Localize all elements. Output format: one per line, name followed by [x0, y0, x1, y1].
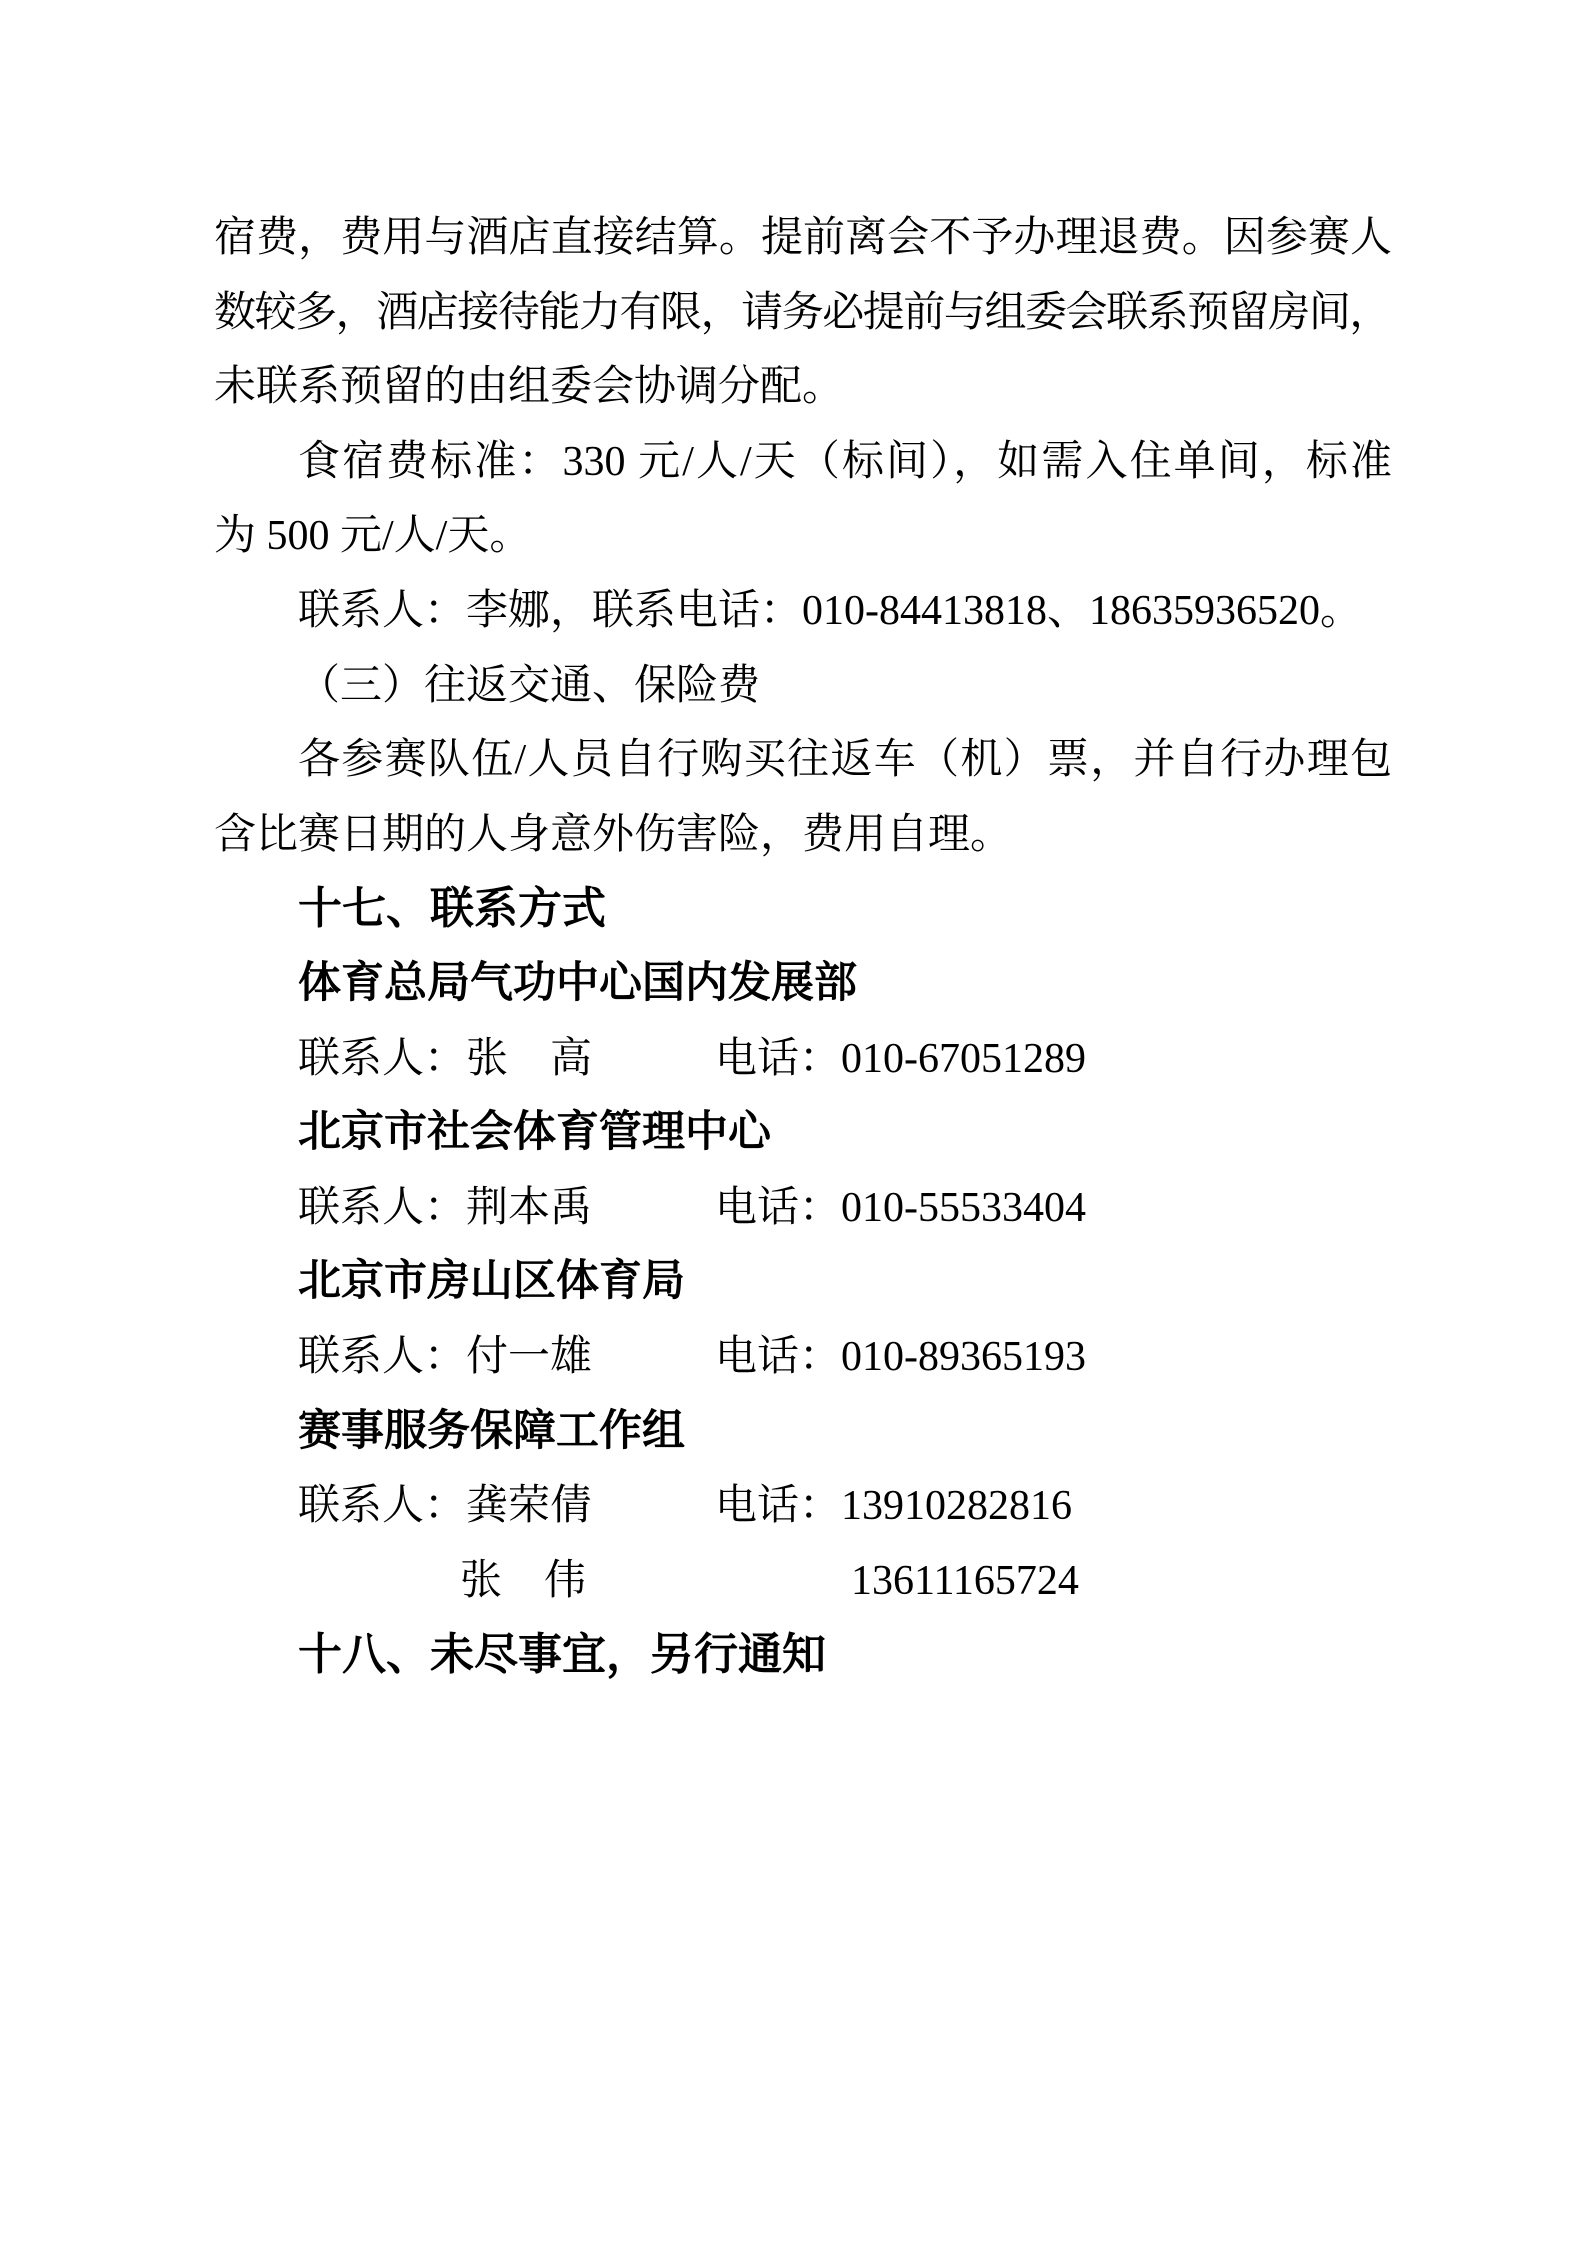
accommodation-paragraph-line-2: 数较多，酒店接待能力有限，请务必提前与组委会联系预留房间， — [214, 276, 1392, 351]
contact-phone-zhang-gao: 电话：010-67051289 — [715, 1022, 1086, 1097]
contact-phone-fu-yixiong: 电话：010-89365193 — [715, 1320, 1086, 1395]
contact-row-zhang-wei: 张 伟 13611165724 — [214, 1544, 1392, 1619]
fee-standard-line-1: 食宿费标准：330 元/人/天（标间），如需入住单间，标准 — [214, 425, 1392, 500]
contact-row-gong-rongqian: 联系人：龚荣倩 电话：13910282816 — [214, 1469, 1392, 1544]
contact-name-zhang-wei: 张 伟 — [460, 1544, 586, 1619]
contact-phone-zhang-wei: 13611165724 — [851, 1544, 1079, 1619]
org-qigong-center-dept: 体育总局气功中心国内发展部 — [214, 947, 1392, 1022]
section-18-heading: 十八、未尽事宜，另行通知 — [214, 1618, 1392, 1693]
contact-row-zhang-gao: 联系人：张 高 电话：010-67051289 — [214, 1022, 1392, 1097]
org-beijing-social-sports-center: 北京市社会体育管理中心 — [214, 1096, 1392, 1171]
contact-row-fu-yixiong: 联系人：付一雄 电话：010-89365193 — [214, 1320, 1392, 1395]
accommodation-paragraph-line-3: 未联系预留的由组委会协调分配。 — [214, 350, 1392, 425]
contact-name-gong-rongqian: 联系人：龚荣倩 — [298, 1469, 592, 1544]
fee-standard-line-2: 为 500 元/人/天。 — [214, 499, 1392, 574]
contact-name-zhang-gao: 联系人：张 高 — [298, 1022, 592, 1097]
contact-name-fu-yixiong: 联系人：付一雄 — [298, 1320, 592, 1395]
contact-phone-jing-benyu: 电话：010-55533404 — [715, 1171, 1086, 1246]
accommodation-paragraph-line-1: 宿费，费用与酒店直接结算。提前离会不予办理退费。因参赛人 — [214, 201, 1392, 276]
section-17-heading: 十七、联系方式 — [214, 872, 1392, 947]
contact-row-jing-benyu: 联系人：荆本禹 电话：010-55533404 — [214, 1171, 1392, 1246]
transport-paragraph-line-1: 各参赛队伍/人员自行购买往返车（机）票，并自行办理包 — [214, 723, 1392, 798]
contact-phone-gong-rongqian: 电话：13910282816 — [715, 1469, 1072, 1544]
transport-paragraph-line-2: 含比赛日期的人身意外伤害险，费用自理。 — [214, 798, 1392, 873]
text-block: 宿费，费用与酒店直接结算。提前离会不予办理退费。因参赛人 数较多，酒店接待能力有… — [214, 201, 1392, 1693]
contact-li-na-line: 联系人：李娜，联系电话：010-84413818、18635936520。 — [214, 574, 1392, 649]
section-3-subheading: （三）往返交通、保险费 — [214, 649, 1392, 724]
contact-name-jing-benyu: 联系人：荆本禹 — [298, 1171, 592, 1246]
org-event-service-support-group: 赛事服务保障工作组 — [214, 1395, 1392, 1470]
org-fangshan-sports-bureau: 北京市房山区体育局 — [214, 1245, 1392, 1320]
document-page: 宿费，费用与酒店直接结算。提前离会不予办理退费。因参赛人 数较多，酒店接待能力有… — [0, 0, 1588, 2245]
